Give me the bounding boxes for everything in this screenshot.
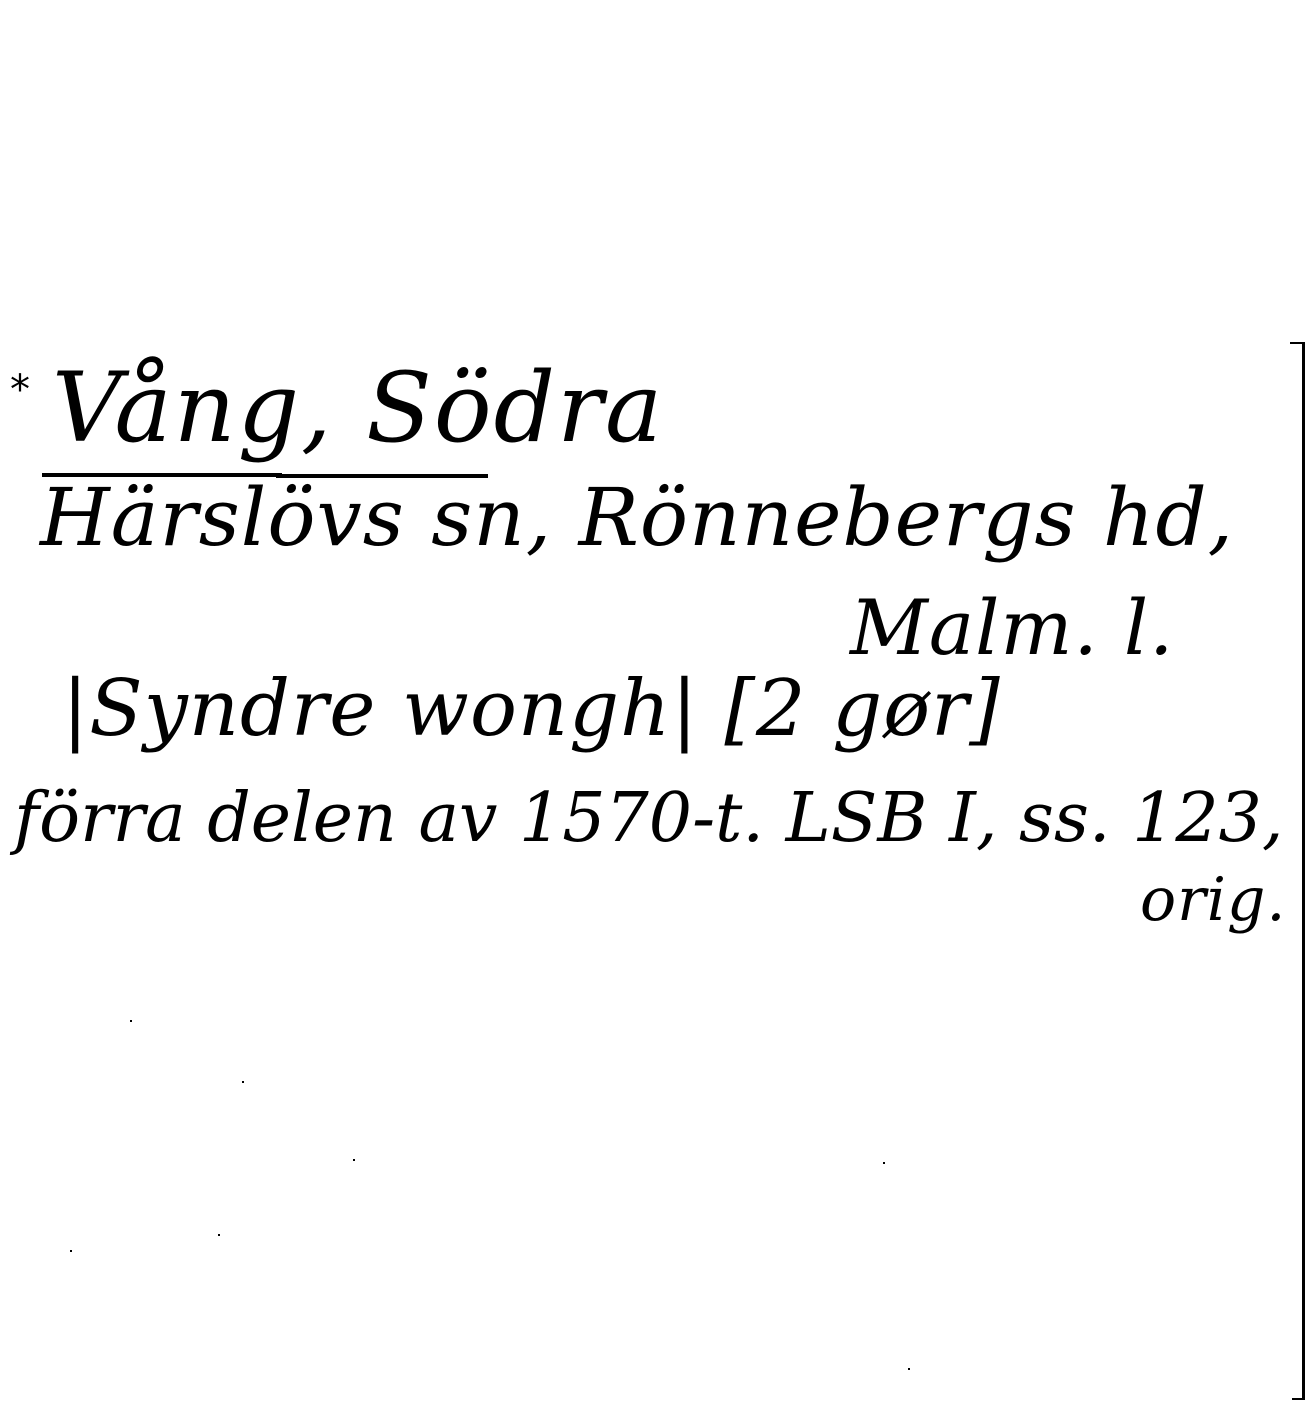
scan-speck — [70, 1250, 72, 1252]
headword-qualifier: Södra — [366, 352, 664, 464]
headword-name: Vång — [52, 352, 301, 464]
scan-speck — [353, 1159, 355, 1161]
parish: Härslövs sn, — [40, 471, 552, 564]
card-border-tick — [1292, 1398, 1304, 1400]
card-border-tick — [1290, 342, 1304, 344]
card-right-border — [1302, 342, 1305, 1400]
asterisk-marker: * — [10, 370, 31, 410]
scan-speck — [908, 1368, 910, 1370]
source-remark: orig. — [1140, 870, 1286, 930]
variant-form: |Syndre wongh| — [62, 664, 699, 754]
scan-speck — [130, 1020, 132, 1022]
location-line: Härslövs sn, Rönnebergs hd, — [40, 478, 1234, 558]
variant-note: [2 gør] — [724, 664, 1000, 754]
source-reference: LSB I, ss. 123, 124. — [786, 779, 1307, 858]
scan-speck — [883, 1162, 885, 1164]
headword: Vång, Södra — [52, 360, 664, 456]
source-dating: förra delen av 1570-t. — [14, 779, 764, 858]
variant-line: |Syndre wongh| [2 gør] — [62, 670, 1001, 748]
index-card: * Vång, Södra Härslövs sn, Rönnebergs hd… — [0, 0, 1307, 1408]
headword-separator: , — [301, 352, 366, 464]
source-line: förra delen av 1570-t. LSB I, ss. 123, 1… — [14, 785, 1307, 853]
hundred: Rönnebergs hd, — [579, 471, 1234, 564]
province: Malm. l. — [850, 590, 1174, 666]
scan-speck — [218, 1234, 220, 1236]
scan-speck — [242, 1081, 244, 1083]
